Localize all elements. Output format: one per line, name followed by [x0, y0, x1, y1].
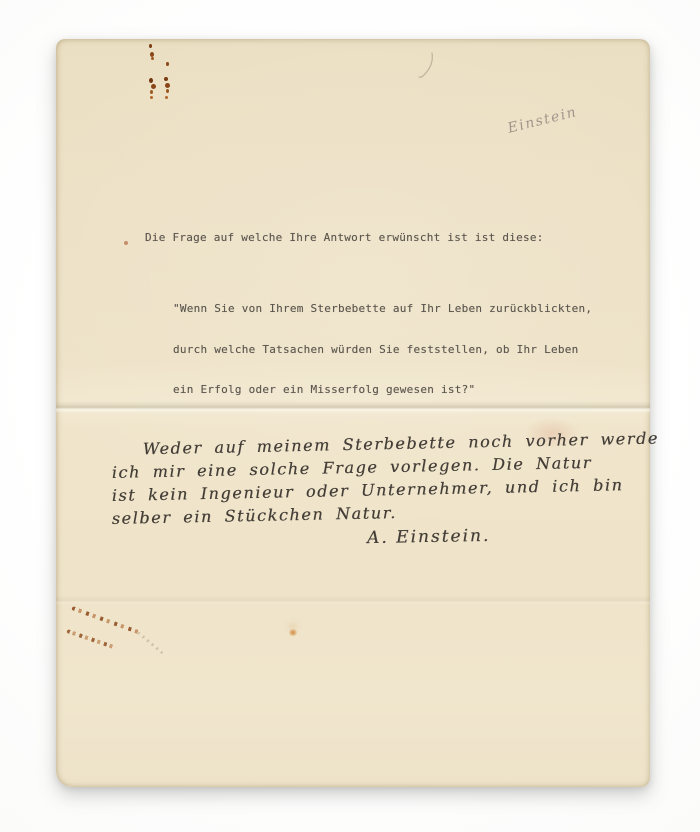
rust-dot [166, 62, 169, 66]
pencil-owner-annotation: Einstein [506, 104, 579, 137]
rust-dot [151, 57, 154, 60]
orange-stain [289, 629, 297, 636]
typed-question-quote: "Wenn Sie von Ihrem Sterbebette auf Ihr … [173, 275, 592, 424]
rust-dot [149, 44, 152, 48]
rust-dot [165, 83, 170, 88]
einstein-signature: A. Einstein. [367, 526, 491, 548]
photo-background: { "document": { "typed": { "intro": "Die… [0, 0, 700, 832]
rust-dot [165, 96, 168, 99]
rust-dot [150, 96, 153, 99]
quote-line: durch welche Tatsachen würden Sie festst… [173, 343, 592, 357]
rust-streak-2 [66, 629, 116, 650]
rust-dot [150, 90, 153, 94]
rust-dot [149, 78, 153, 83]
rust-dot [166, 89, 169, 93]
rust-dot [151, 84, 156, 89]
pencil-stroke-mark [416, 51, 438, 81]
rust-streak-1 [71, 606, 142, 635]
handwritten-reply: Weder auf meinem Sterbebette noch vorher… [112, 440, 632, 532]
rust-dot [164, 77, 168, 81]
quote-line: ein Erfolg oder ein Misserfolg gewesen i… [173, 383, 592, 397]
typed-question-intro: Die Frage auf welche Ihre Antwort erwüns… [145, 231, 544, 244]
letter-paper: Einstein Die Frage auf welche Ihre Antwo… [56, 39, 650, 787]
quote-line: "Wenn Sie von Ihrem Sterbebette auf Ihr … [173, 302, 592, 316]
rust-streak-tail [137, 631, 163, 654]
rust-speck [124, 241, 128, 245]
fold-crease-bottom [56, 595, 650, 605]
